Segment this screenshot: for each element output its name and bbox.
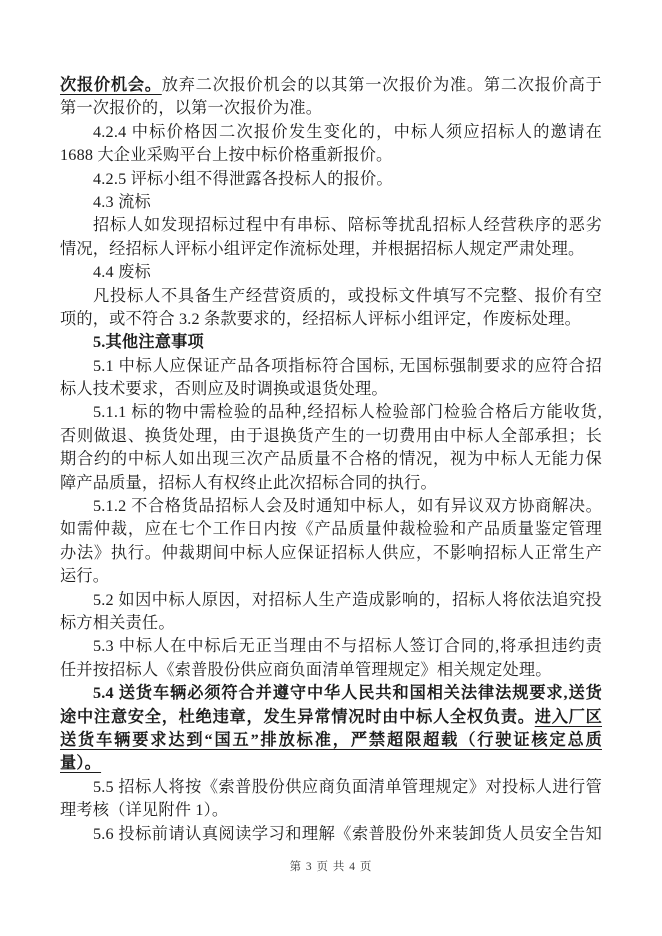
text-segment: 5.1 中标人应保证产品各项指标符合国标, 无国标强制要求的应符合招: [93, 357, 602, 375]
text-segment: 次报价机会。: [60, 76, 162, 94]
text-line: 送货车辆要求达到“国五”排放标准，严禁超限超载（行驶证核定总质: [60, 729, 602, 752]
text-segment: 如需仲裁，应在七个工作日内按《产品质量仲裁检验和产品质量鉴定管理: [60, 520, 602, 538]
text-line: 凡投标人不具备生产经营资质的，或投标文件填写不完整、报价有空: [60, 285, 602, 308]
text-segment: 进入厂区: [535, 708, 602, 726]
text-segment: 凡投标人不具备生产经营资质的，或投标文件填写不完整、报价有空: [93, 287, 602, 305]
text-segment: 障产品质量，招标人有权终止此次招标合同的执行。: [60, 474, 437, 492]
text-line: 情况，经招标人评标小组评定作流标处理，并根据招标人规定严肃处理。: [60, 238, 602, 261]
text-line: 5.1.2 不合格货品招标人会及时通知中标人，如有异议双方协商解决。: [60, 495, 602, 518]
text-line: 任并按招标人《索普股份供应商负面清单管理规定》相关规定处理。: [60, 659, 602, 682]
text-line: 量）。: [60, 752, 602, 775]
text-line: 障产品质量，招标人有权终止此次招标合同的执行。: [60, 472, 602, 495]
text-segment: 标方相关责任。: [60, 614, 175, 632]
text-line: 第一次报价的，以第一次报价为准。: [60, 97, 602, 120]
text-segment: 第一次报价的，以第一次报价为准。: [60, 99, 322, 117]
text-segment: 5.3 中标人在中标后无正当理由不与招标人签订合同的,将承担违约责: [93, 637, 602, 655]
text-line: 期合约的中标人如出现三次产品质量不合格的情况，视为中标人无能力保: [60, 448, 602, 471]
text-segment: 4.3 流标: [93, 193, 151, 211]
text-segment: 5.5 招标人将按《索普股份供应商负面清单管理规定》对投标人进行管: [93, 778, 602, 796]
text-line: 次报价机会。放弃二次报价机会的以其第一次报价为准。第二次报价高于: [60, 74, 602, 97]
text-line: 办法》执行。仲裁期间中标人应保证招标人供应，不影响招标人正常生产: [60, 542, 602, 565]
text-line: 5.1.1 标的物中需检验的品种,经招标人检验部门检验合格后方能收货,: [60, 401, 602, 424]
text-line: 否则做退、换货处理，由于退换货产生的一切费用由中标人全部承担；长: [60, 425, 602, 448]
document-body: 次报价机会。放弃二次报价机会的以其第一次报价为准。第二次报价高于第一次报价的，以…: [60, 74, 602, 846]
text-segment: 5.1.2 不合格货品招标人会及时通知中标人，如有异议双方协商解决。: [93, 497, 602, 515]
text-line: 项的，或不符合 3.2 条款要求的，经招标人评标小组评定，作废标处理。: [60, 308, 602, 331]
text-segment: 办法》执行。仲裁期间中标人应保证招标人供应，不影响招标人正常生产: [60, 544, 602, 562]
text-line: 运行。: [60, 565, 602, 588]
page-footer: 第 3 页 共 4 页: [0, 858, 662, 874]
text-segment: 5.其他注意事项: [93, 333, 204, 351]
text-segment: 情况，经招标人评标小组评定作流标处理，并根据招标人规定严肃处理。: [60, 240, 584, 258]
text-segment: 放弃二次报价机会的以其第一次报价为准。第二次报价高于: [162, 76, 602, 94]
text-segment: 4.4 废标: [93, 263, 151, 281]
text-segment: 否则做退、换货处理，由于退换货产生的一切费用由中标人全部承担；长: [60, 427, 602, 445]
text-segment: 送货车辆要求达到“国五”排放标准，严禁超限超载（行驶证核定总质: [60, 731, 602, 749]
text-line: 4.2.5 评标小组不得泄露各投标人的报价。: [60, 168, 602, 191]
text-line: 4.2.4 中标价格因二次报价发生变化的，中标人须应招标人的邀请在: [60, 121, 602, 144]
text-line: 5.4 送货车辆必须符合并遵守中华人民共和国相关法律法规要求,送货: [60, 682, 602, 705]
text-segment: 途中注意安全，杜绝违章，发生异常情况时由中标人全权负责。: [60, 708, 535, 726]
text-line: 标方相关责任。: [60, 612, 602, 635]
text-segment: 期合约的中标人如出现三次产品质量不合格的情况，视为中标人无能力保: [60, 450, 602, 468]
text-segment: 5.1.1 标的物中需检验的品种,经招标人检验部门检验合格后方能收货,: [93, 403, 602, 421]
text-segment: 5.4 送货车辆必须符合并遵守中华人民共和国相关法律法规要求,送货: [93, 684, 602, 702]
text-segment: 5.6 投标前请认真阅读学习和理解《索普股份外来装卸货人员安全告知: [93, 825, 602, 843]
text-line: 5.其他注意事项: [60, 331, 602, 354]
text-line: 5.1 中标人应保证产品各项指标符合国标, 无国标强制要求的应符合招: [60, 355, 602, 378]
text-line: 5.5 招标人将按《索普股份供应商负面清单管理规定》对投标人进行管: [60, 776, 602, 799]
text-line: 4.4 废标: [60, 261, 602, 284]
text-segment: 4.2.4 中标价格因二次报价发生变化的，中标人须应招标人的邀请在: [93, 123, 602, 141]
text-line: 途中注意安全，杜绝违章，发生异常情况时由中标人全权负责。进入厂区: [60, 706, 602, 729]
text-segment: 1688 大企业采购平台上按中标价格重新报价。: [60, 146, 392, 164]
text-line: 1688 大企业采购平台上按中标价格重新报价。: [60, 144, 602, 167]
text-line: 5.6 投标前请认真阅读学习和理解《索普股份外来装卸货人员安全告知: [60, 823, 602, 846]
text-segment: 4.2.5 评标小组不得泄露各投标人的报价。: [93, 170, 393, 188]
text-line: 理考核（详见附件 1）。: [60, 799, 602, 822]
text-segment: 理考核（详见附件 1）。: [60, 801, 228, 819]
text-segment: 标人技术要求，否则应及时调换或退货处理。: [60, 380, 388, 398]
text-line: 5.2 如因中标人原因，对招标人生产造成影响的，招标人将依法追究投: [60, 589, 602, 612]
text-segment: 量）。: [60, 754, 101, 772]
text-line: 标人技术要求，否则应及时调换或退货处理。: [60, 378, 602, 401]
text-line: 4.3 流标: [60, 191, 602, 214]
text-segment: 5.2 如因中标人原因，对招标人生产造成影响的，招标人将依法追究投: [93, 591, 602, 609]
text-line: 如需仲裁，应在七个工作日内按《产品质量仲裁检验和产品质量鉴定管理: [60, 518, 602, 541]
document-page: 次报价机会。放弃二次报价机会的以其第一次报价为准。第二次报价高于第一次报价的，以…: [0, 0, 662, 936]
text-segment: 项的，或不符合 3.2 条款要求的，经招标人评标小组评定，作废标处理。: [60, 310, 581, 328]
text-segment: 运行。: [60, 567, 109, 585]
text-segment: 任并按招标人《索普股份供应商负面清单管理规定》相关规定处理。: [60, 661, 552, 679]
text-line: 5.3 中标人在中标后无正当理由不与招标人签订合同的,将承担违约责: [60, 635, 602, 658]
text-segment: 招标人如发现招标过程中有串标、陪标等扰乱招标人经营秩序的恶劣: [93, 216, 602, 234]
text-line: 招标人如发现招标过程中有串标、陪标等扰乱招标人经营秩序的恶劣: [60, 214, 602, 237]
